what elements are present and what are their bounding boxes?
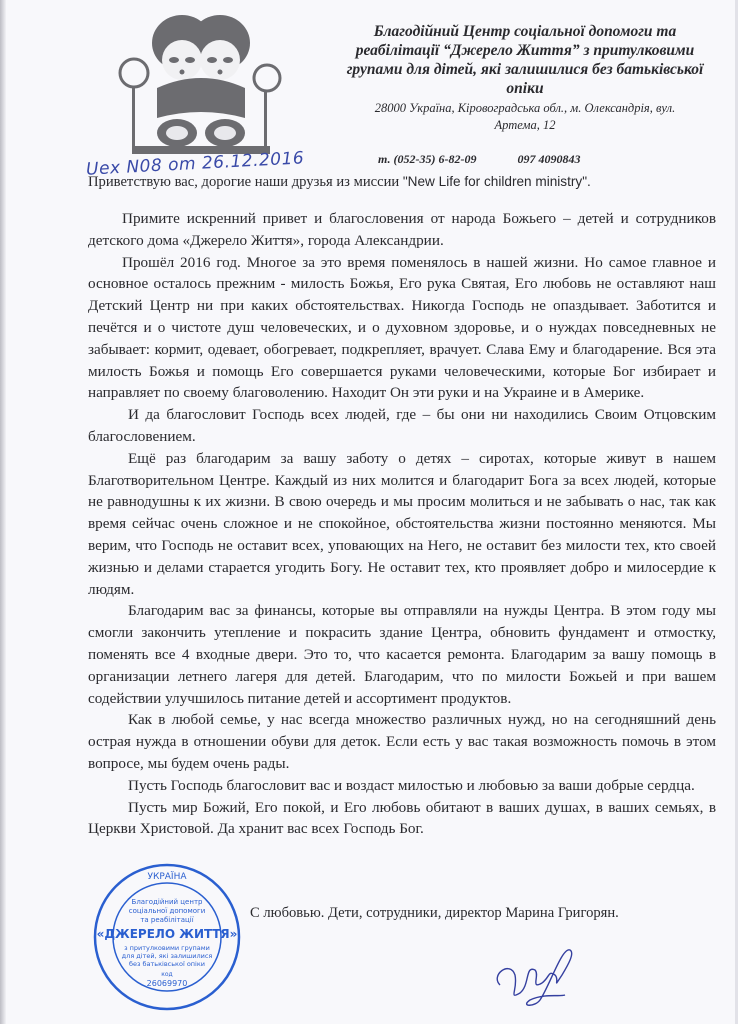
paragraph: Примите искренний привет и благословения… xyxy=(88,208,716,252)
svg-text:26069970: 26069970 xyxy=(147,979,188,988)
letter-body: Примите искренний привет и благословения… xyxy=(88,208,716,840)
paragraph: Благодарим вас за финансы, которые вы от… xyxy=(88,600,716,709)
paragraph: Пусть Господь благословит вас и воздаст … xyxy=(88,775,716,797)
greeting: Приветствую вас, дорогие наши друзья из … xyxy=(88,174,591,191)
children-reading-logo-icon xyxy=(112,8,282,158)
organization-phones: т. (052-35) 6-82-09 097 4090843 xyxy=(378,152,618,167)
phone-mobile: 097 4090843 xyxy=(517,152,580,166)
svg-text:«ДЖЕРЕЛО ЖИТТЯ»: «ДЖЕРЕЛО ЖИТТЯ» xyxy=(97,927,238,941)
letter-page: Благодійний Центр соціальної допомоги та… xyxy=(0,0,738,1024)
paragraph: Ещё раз благодарим за вашу заботу о детя… xyxy=(88,448,716,601)
svg-text:соціальної допомоги: соціальної допомоги xyxy=(129,907,206,915)
organization-name: Благодійний Центр соціальної допомоги та… xyxy=(320,22,730,98)
svg-text:Благодійний центр: Благодійний центр xyxy=(132,898,203,906)
svg-text:УКРАЇНА: УКРАЇНА xyxy=(147,871,187,882)
paragraph: Как в любой семье, у нас всегда множеств… xyxy=(88,709,716,774)
director-signature-icon xyxy=(490,945,580,1010)
closing-signoff: С любовью. Дети, сотрудники, директор Ма… xyxy=(250,905,619,922)
mission-name: "New Life for children ministry". xyxy=(403,174,591,189)
svg-text:з притулковими групами: з притулковими групами xyxy=(124,944,210,952)
svg-text:без батьківської опіки: без батьківської опіки xyxy=(129,960,205,968)
paragraph: Прошёл 2016 год. Многое за это время пом… xyxy=(88,252,716,405)
organization-address: 28000 Україна, Кіровоградська обл., м. О… xyxy=(320,100,730,134)
phone-landline: т. (052-35) 6-82-09 xyxy=(378,152,476,166)
official-stamp-icon: УКРАЇНА Благодійний центр соціальної доп… xyxy=(92,862,242,1012)
paragraph: Пусть мир Божий, Его покой, и Его любовь… xyxy=(88,797,716,841)
paragraph: И да благословит Господь всех людей, где… xyxy=(88,404,716,448)
svg-text:код: код xyxy=(161,971,172,978)
letterhead: Благодійний Центр соціальної допомоги та… xyxy=(320,22,730,134)
svg-text:для дітей, які залишилися: для дітей, які залишилися xyxy=(122,952,213,960)
scan-edge-shadow xyxy=(0,0,6,1024)
svg-text:та реабілітації: та реабілітації xyxy=(140,916,193,924)
